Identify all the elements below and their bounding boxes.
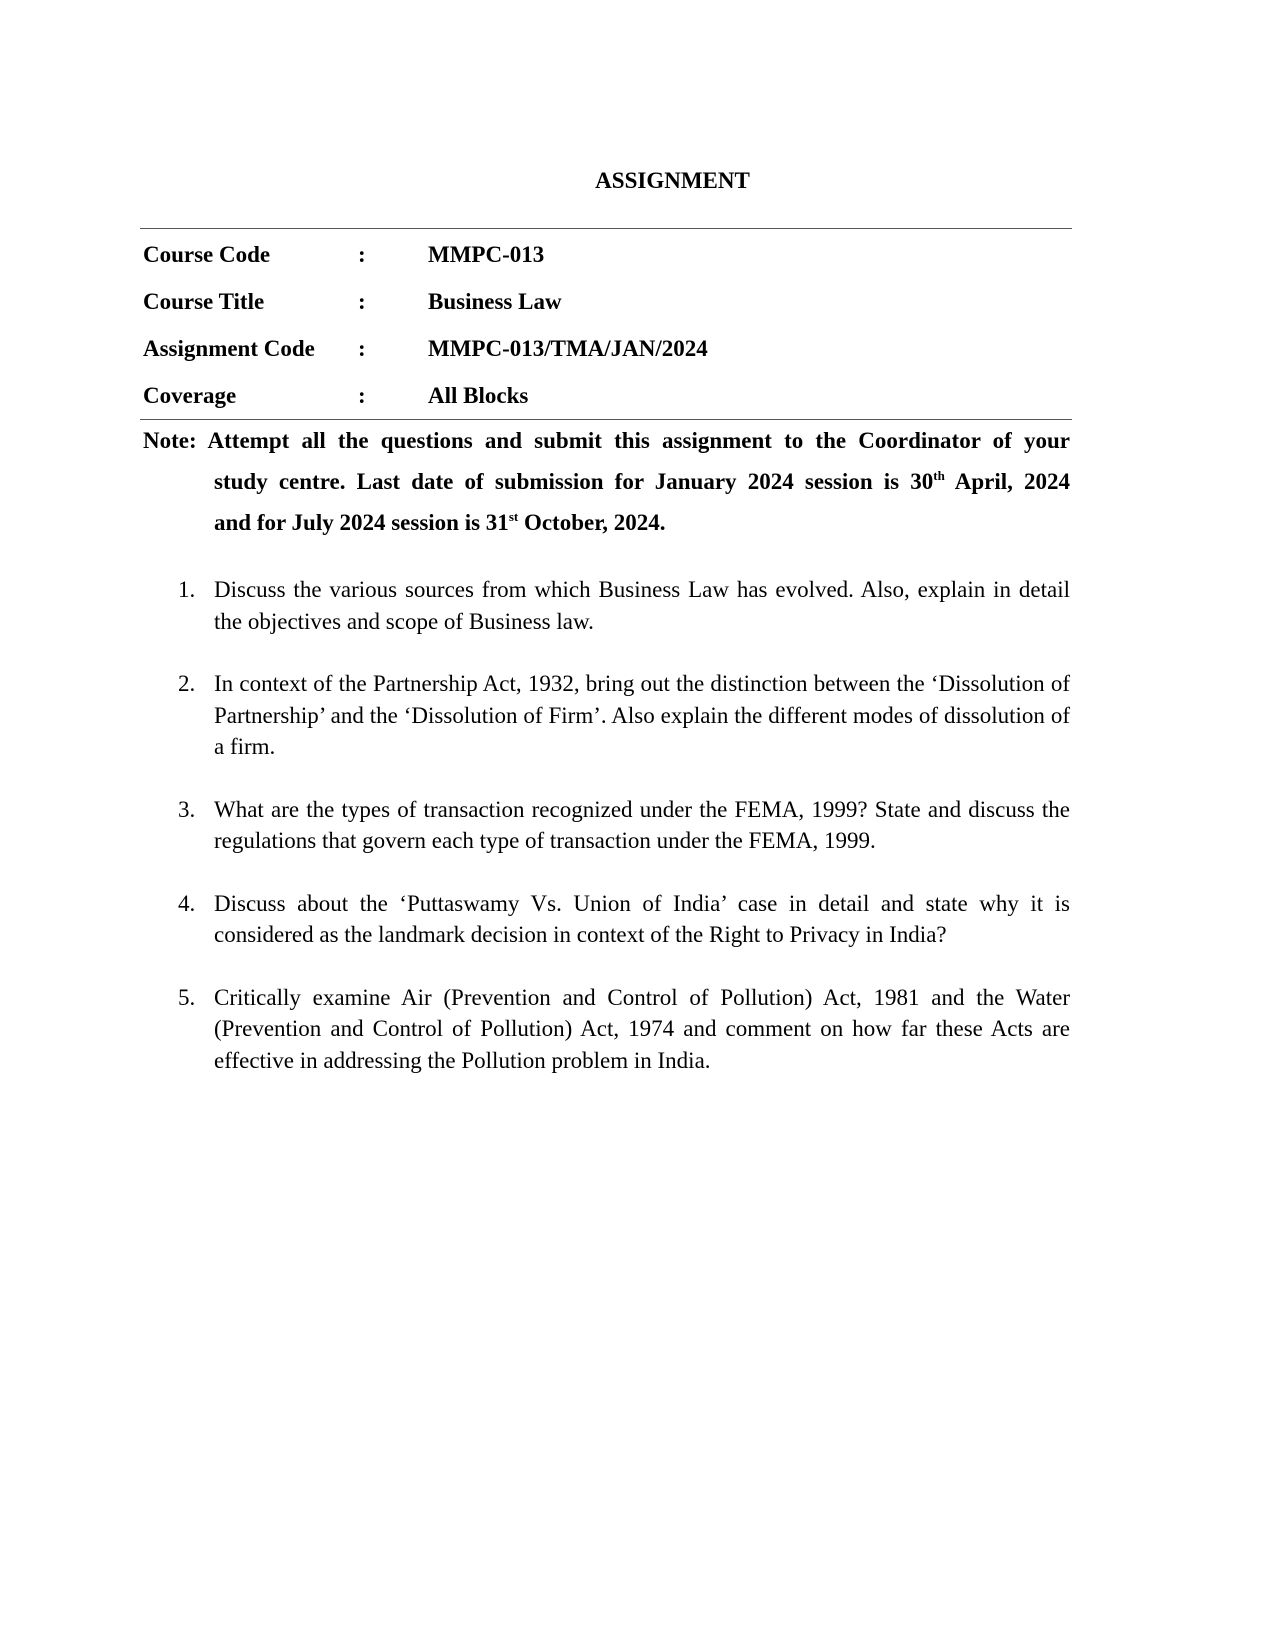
question-number: 1.	[170, 574, 214, 637]
coverage-row: Coverage : All Blocks	[140, 372, 1072, 419]
question-item: 1. Discuss the various sources from whic…	[170, 574, 1070, 637]
assignment-code-label: Assignment Code	[140, 336, 358, 362]
submission-note: Note: Attempt all the questions and subm…	[143, 420, 1070, 543]
course-info-table: Course Code : MMPC-013 Course Title : Bu…	[140, 228, 1072, 420]
question-text: Discuss the various sources from which B…	[214, 574, 1070, 637]
assignment-code-value: MMPC-013/TMA/JAN/2024	[428, 336, 1072, 362]
question-item: 5. Critically examine Air (Prevention an…	[170, 982, 1070, 1077]
question-item: 2. In context of the Partnership Act, 19…	[170, 668, 1070, 763]
note-line-1: Note: Attempt all the questions and subm…	[143, 420, 1070, 461]
question-text: What are the types of transaction recogn…	[214, 794, 1070, 857]
course-code-value: MMPC-013	[428, 242, 1072, 268]
note-text: October, 2024.	[518, 510, 665, 535]
colon: :	[358, 242, 428, 268]
note-text: and for July 2024 session is 31	[214, 510, 509, 535]
assignment-code-row: Assignment Code : MMPC-013/TMA/JAN/2024	[140, 325, 1072, 372]
question-item: 3. What are the types of transaction rec…	[170, 794, 1070, 857]
note-line-3: and for July 2024 session is 31st Octobe…	[214, 502, 1070, 543]
colon: :	[358, 289, 428, 315]
superscript: st	[509, 509, 518, 524]
coverage-value: All Blocks	[428, 383, 1072, 409]
course-title-row: Course Title : Business Law	[140, 278, 1072, 325]
course-title-label: Course Title	[140, 289, 358, 315]
question-text: In context of the Partnership Act, 1932,…	[214, 668, 1070, 763]
note-text: April, 2024	[945, 469, 1070, 494]
question-number: 2.	[170, 668, 214, 763]
question-number: 4.	[170, 888, 214, 951]
question-number: 5.	[170, 982, 214, 1077]
course-code-label: Course Code	[140, 242, 358, 268]
question-item: 4. Discuss about the ‘Puttaswamy Vs. Uni…	[170, 888, 1070, 951]
colon: :	[358, 336, 428, 362]
superscript: th	[933, 468, 945, 483]
question-number: 3.	[170, 794, 214, 857]
question-text: Discuss about the ‘Puttaswamy Vs. Union …	[214, 888, 1070, 951]
course-code-row: Course Code : MMPC-013	[140, 231, 1072, 278]
coverage-label: Coverage	[140, 383, 358, 409]
note-line-2: study centre. Last date of submission fo…	[214, 461, 1070, 502]
question-text: Critically examine Air (Prevention and C…	[214, 982, 1070, 1077]
document-title: ASSIGNMENT	[0, 168, 1275, 194]
colon: :	[358, 383, 428, 409]
question-list: 1. Discuss the various sources from whic…	[170, 574, 1070, 1107]
note-text: study centre. Last date of submission fo…	[214, 469, 933, 494]
course-title-value: Business Law	[428, 289, 1072, 315]
